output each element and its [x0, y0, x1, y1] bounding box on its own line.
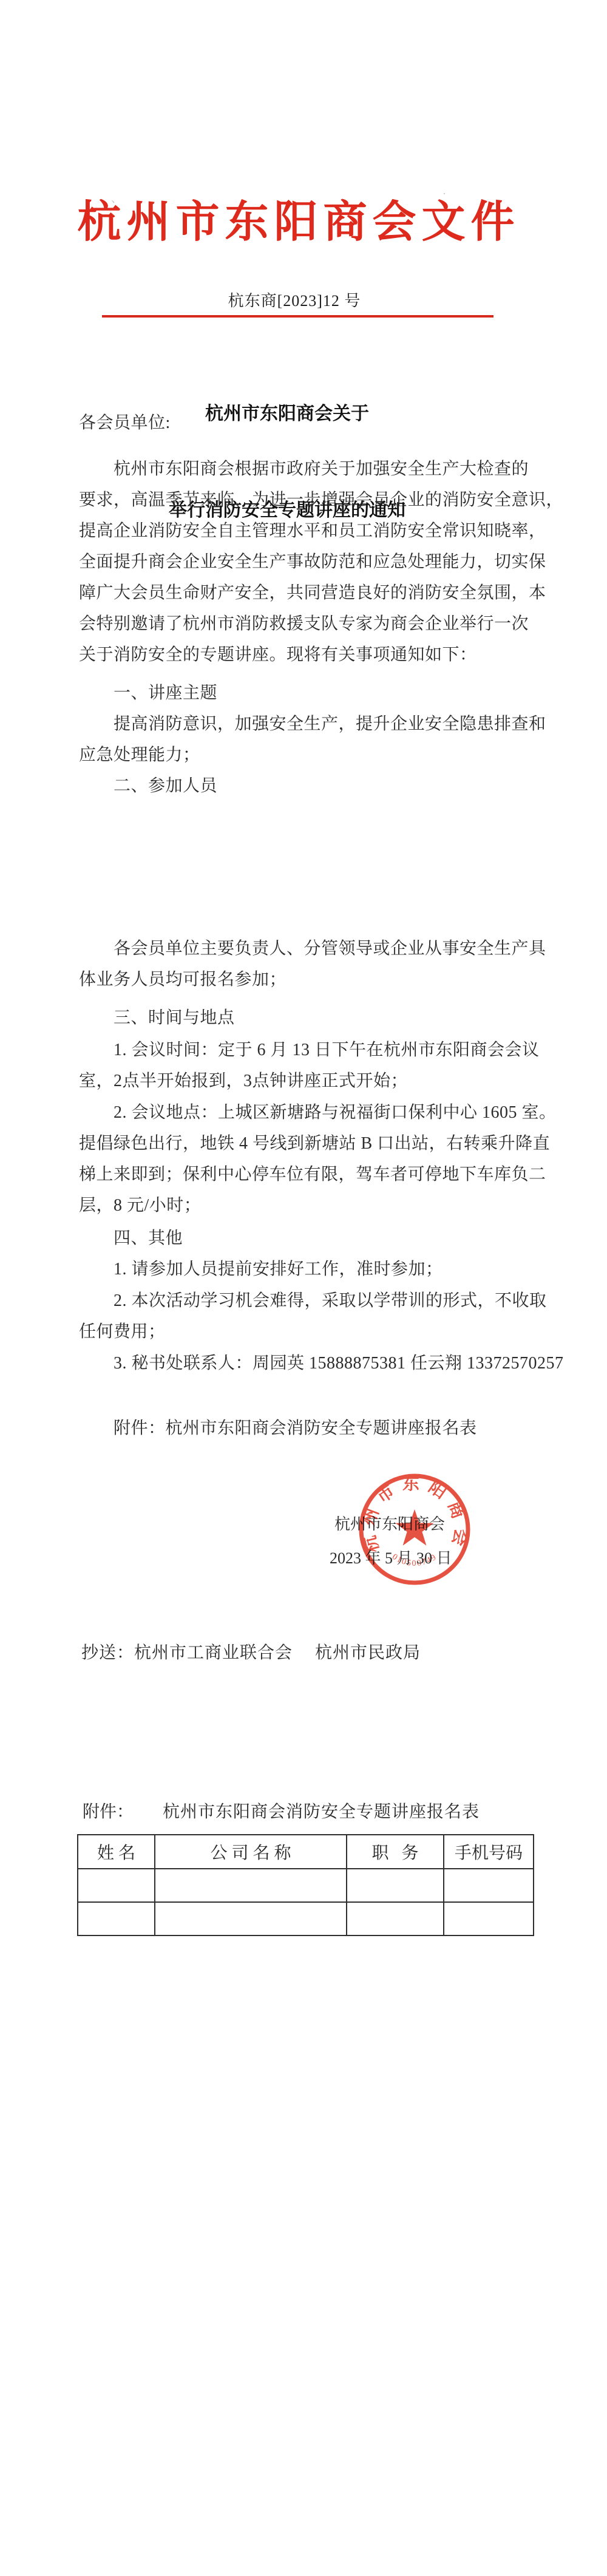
- document-text-line: 各会员单位:: [79, 414, 171, 432]
- document-header-title: 杭州市东阳商会文件: [0, 200, 597, 244]
- document-text-line: 会特别邀请了杭州市消防救援支队专家为商会企业举行一次: [79, 615, 529, 633]
- document-text-line: 障广大会员生命财产安全，共同营造良好的消防安全氛围，本: [79, 584, 546, 602]
- cc-line: 抄送：杭州市工商业联合会 杭州市民政局: [81, 1639, 421, 1664]
- document-text-line: 三、时间与地点: [79, 1009, 235, 1027]
- table-cell: [78, 1902, 155, 1935]
- scan-artifact: 、: [111, 193, 122, 204]
- document-text-line: 1. 请参加人员提前安排好工作，准时参加；: [79, 1260, 443, 1279]
- document-text-line: 体业务人员均可报名参加；: [79, 971, 287, 989]
- document-text-line: 室，2点半开始报到，3点钟讲座正式开始；: [79, 1072, 408, 1090]
- document-text-line: 任何费用；: [79, 1323, 166, 1341]
- attachment-title: 杭州市东阳商会消防安全专题讲座报名表: [163, 1798, 480, 1823]
- table-cell: [155, 1902, 347, 1935]
- document-text-line: 提倡绿色出行，地铁 4 号线到新塘站 B 口出站，右转乘升降直: [79, 1135, 550, 1153]
- document-text-line: 全面提升商会企业安全生产事故防范和应急处理能力，切实保: [79, 553, 546, 571]
- table-header-cell: 公 司 名 称: [155, 1835, 347, 1869]
- table-header-cell: 手机号码: [444, 1835, 534, 1869]
- document-text-line: 梯上来即到；保利中心停车位有限，驾车者可停地下车库负二: [79, 1166, 546, 1184]
- attachment-label: 附件：: [83, 1798, 134, 1823]
- document-text-line: 层，8 元/小时；: [79, 1197, 201, 1215]
- table-header-cell: 职 务: [347, 1835, 444, 1869]
- document-text-line: 3. 秘书处联系人：周园英 15888875381 任云翔 1337257025…: [79, 1354, 564, 1373]
- table-row: [78, 1902, 534, 1935]
- table-cell: [347, 1869, 444, 1902]
- table-cell: [444, 1869, 534, 1902]
- table-header-cell: 姓 名: [78, 1835, 155, 1869]
- table-cell: [444, 1902, 534, 1935]
- document-text-line: 各会员单位主要负责人、分管领导或企业从事安全生产具: [79, 940, 546, 958]
- official-seal-stamp: 杭州市东阳商会 3301050074960: [357, 1472, 472, 1587]
- document-text-line: 提高消防意识，加强安全生产，提升企业安全隐患排查和: [79, 715, 546, 733]
- document-text-line: 2. 本次活动学习机会难得，采取以学带训的形式，不收取: [79, 1292, 547, 1310]
- document-text-line: 二、参加人员: [79, 777, 217, 795]
- document-number: 杭东商[2023]12 号: [0, 293, 589, 310]
- document-text-line: 四、其他: [79, 1229, 183, 1248]
- document-text-line: 要求，高温季节来临，为进一步增强会员企业的消防安全意识，: [79, 491, 563, 509]
- seal-star-icon: [396, 1509, 434, 1546]
- document-text-line: 1. 会议时间：定于 6 月 13 日下午在杭州市东阳商会会议: [79, 1041, 540, 1059]
- signup-table: 姓 名公 司 名 称职 务手机号码: [77, 1834, 534, 1936]
- header-divider-line: [102, 315, 493, 318]
- document-text-line: 杭州市东阳商会根据市政府关于加强安全生产大检查的: [79, 460, 529, 478]
- table-row: [78, 1869, 534, 1902]
- document-page: 杭州市东阳商会文件 杭东商[2023]12 号 杭州市东阳商会关于 举行消防安全…: [0, 0, 607, 2576]
- document-text-line: 一、讲座主题: [79, 684, 217, 702]
- table-cell: [78, 1869, 155, 1902]
- document-text-line: 2. 会议地点：上城区新塘路与祝福街口保利中心 1605 室。: [79, 1104, 557, 1122]
- signup-table-header-row: 姓 名公 司 名 称职 务手机号码: [78, 1835, 534, 1869]
- document-text-line: 附件：杭州市东阳商会消防安全专题讲座报名表: [79, 1419, 477, 1438]
- table-cell: [347, 1902, 444, 1935]
- document-text-line: 应急处理能力；: [79, 746, 200, 764]
- scan-artifact: ·: [443, 188, 446, 199]
- document-text-line: 关于消防安全的专题讲座。现将有关事项通知如下：: [79, 646, 477, 664]
- table-cell: [155, 1869, 347, 1902]
- document-text-line: 提高企业消防安全自主管理水平和员工消防安全常识知晓率，: [79, 522, 546, 540]
